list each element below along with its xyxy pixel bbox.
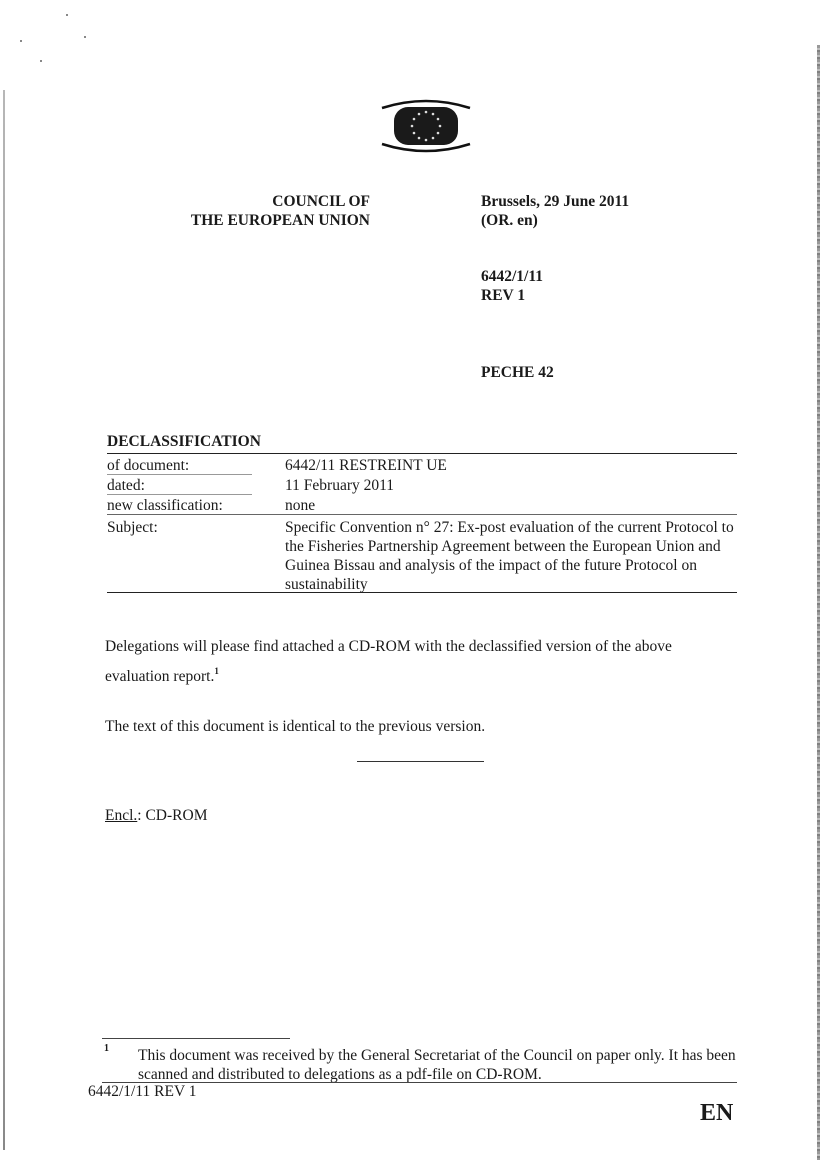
scan-speck <box>20 40 22 42</box>
row-label: dated: <box>107 476 145 495</box>
council-emblem-logo <box>378 98 474 154</box>
document-number: 6442/1/11 <box>481 267 543 286</box>
row-label: Subject: <box>107 518 158 537</box>
scan-speck <box>66 14 68 16</box>
place-date: Brussels, 29 June 2011 <box>481 192 629 211</box>
table-rule <box>107 592 737 593</box>
enclosure-label: Encl. <box>105 807 137 824</box>
declassification-title: DECLASSIFICATION <box>107 433 261 451</box>
table-rule <box>107 453 737 454</box>
language-code: EN <box>700 1100 733 1127</box>
original-language: (OR. en) <box>481 211 629 230</box>
scan-speck <box>40 60 42 62</box>
footnote-mark: 1 <box>104 1043 109 1054</box>
eu-emblem-icon <box>378 98 474 154</box>
document-reference: 6442/1/11 REV 1 <box>481 267 543 305</box>
row-value: none <box>285 496 737 515</box>
scan-speck <box>84 36 86 38</box>
footnote-separator <box>102 1038 290 1039</box>
body-paragraph-attachment: Delegations will please find attached a … <box>105 635 695 689</box>
body-paragraph-identical: The text of this document is identical t… <box>105 715 485 739</box>
issuer-line2: THE EUROPEAN UNION <box>150 211 370 230</box>
subject-code: PECHE 42 <box>481 364 554 382</box>
enclosure-value: : CD-ROM <box>137 807 207 824</box>
place-date-block: Brussels, 29 June 2011 (OR. en) <box>481 192 629 230</box>
document-revision: REV 1 <box>481 286 543 305</box>
paragraph-text: Delegations will please find attached a … <box>105 638 672 685</box>
row-value: 6442/11 RESTREINT UE <box>285 456 737 475</box>
scan-edge-right <box>817 45 820 1160</box>
table-rule <box>107 494 252 495</box>
footnote-reference: 1 <box>214 666 219 676</box>
separator-rule <box>357 761 484 762</box>
table-rule <box>107 514 737 515</box>
row-label: new classification: <box>107 496 223 515</box>
subject-value: Specific Convention n° 27: Ex-post evalu… <box>285 518 737 594</box>
footer-rule <box>102 1082 737 1083</box>
row-value: 11 February 2011 <box>285 476 737 495</box>
issuer-block: COUNCIL OF THE EUROPEAN UNION <box>150 192 370 230</box>
enclosure-line: Encl.: CD-ROM <box>105 804 207 828</box>
footnote-text: This document was received by the Genera… <box>138 1046 738 1084</box>
issuer-line1: COUNCIL OF <box>150 192 370 211</box>
table-rule <box>107 474 252 475</box>
footer-reference: 6442/1/11 REV 1 <box>88 1083 197 1101</box>
scan-edge-left <box>3 90 5 1150</box>
row-label: of document: <box>107 456 189 475</box>
